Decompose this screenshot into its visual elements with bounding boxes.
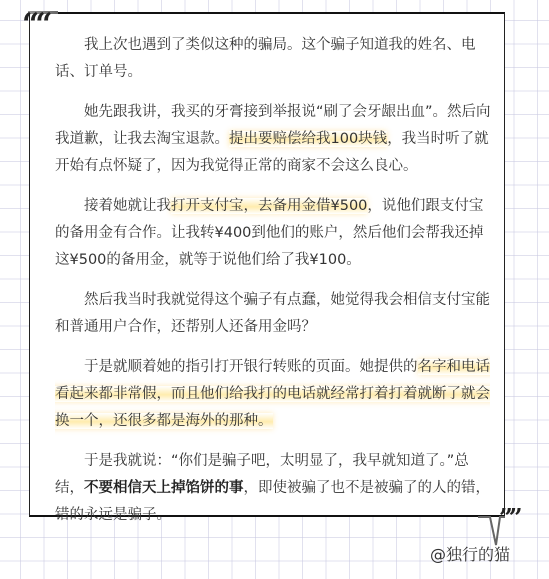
bold-text: 不要相信天上掉馅饼的事 (84, 480, 244, 496)
text-segment: 于是就顺着她的指引打开银行转账的页面。她提供的 (84, 359, 418, 375)
open-quote-icon: ““ (22, 10, 49, 40)
text-segment: 我上次也遇到了类似这种的骗局。这个骗子知道我的姓名、电话、订单号。 (55, 37, 476, 80)
close-quote-icon: ”” (499, 506, 519, 530)
paragraph-3: 接着她就让我打开支付宝，去备用金借¥500，说他们跟支付宝的备用金有合作。让我转… (55, 193, 495, 274)
author-signature: @独行的猫 (430, 542, 510, 565)
paragraph-4: 然后我当时我就觉得这个骗子有点蠢，她觉得我会相信支付宝能和普通用户合作，还帮别人… (55, 287, 495, 341)
highlighted-text: 打开支付宝，去备用金借¥500 (171, 198, 367, 214)
paragraph-5: 于是就顺着她的指引打开银行转账的页面。她提供的名字和电话看起来都非常假，而且他们… (55, 354, 495, 435)
text-segment: 接着她就让我 (84, 198, 171, 214)
paragraph-1: 我上次也遇到了类似这种的骗局。这个骗子知道我的姓名、电话、订单号。 (55, 32, 495, 86)
highlighted-text: 提出要赔偿给我100块钱 (229, 131, 387, 147)
text-segment: 然后我当时我就觉得这个骗子有点蠢，她觉得我会相信支付宝能和普通用户合作，还帮别人… (55, 292, 490, 335)
paragraph-6: 于是我就说：“你们是骗子吧，太明显了，我早就知道了。”总结，不要相信天上掉馅饼的… (55, 448, 495, 529)
paragraph-2: 她先跟我讲，我买的牙膏接到举报说“刷了会牙龈出血”。然后向我道歉，让我去淘宝退款… (55, 99, 495, 180)
article-body: 我上次也遇到了类似这种的骗局。这个骗子知道我的姓名、电话、订单号。 她先跟我讲，… (55, 32, 495, 542)
